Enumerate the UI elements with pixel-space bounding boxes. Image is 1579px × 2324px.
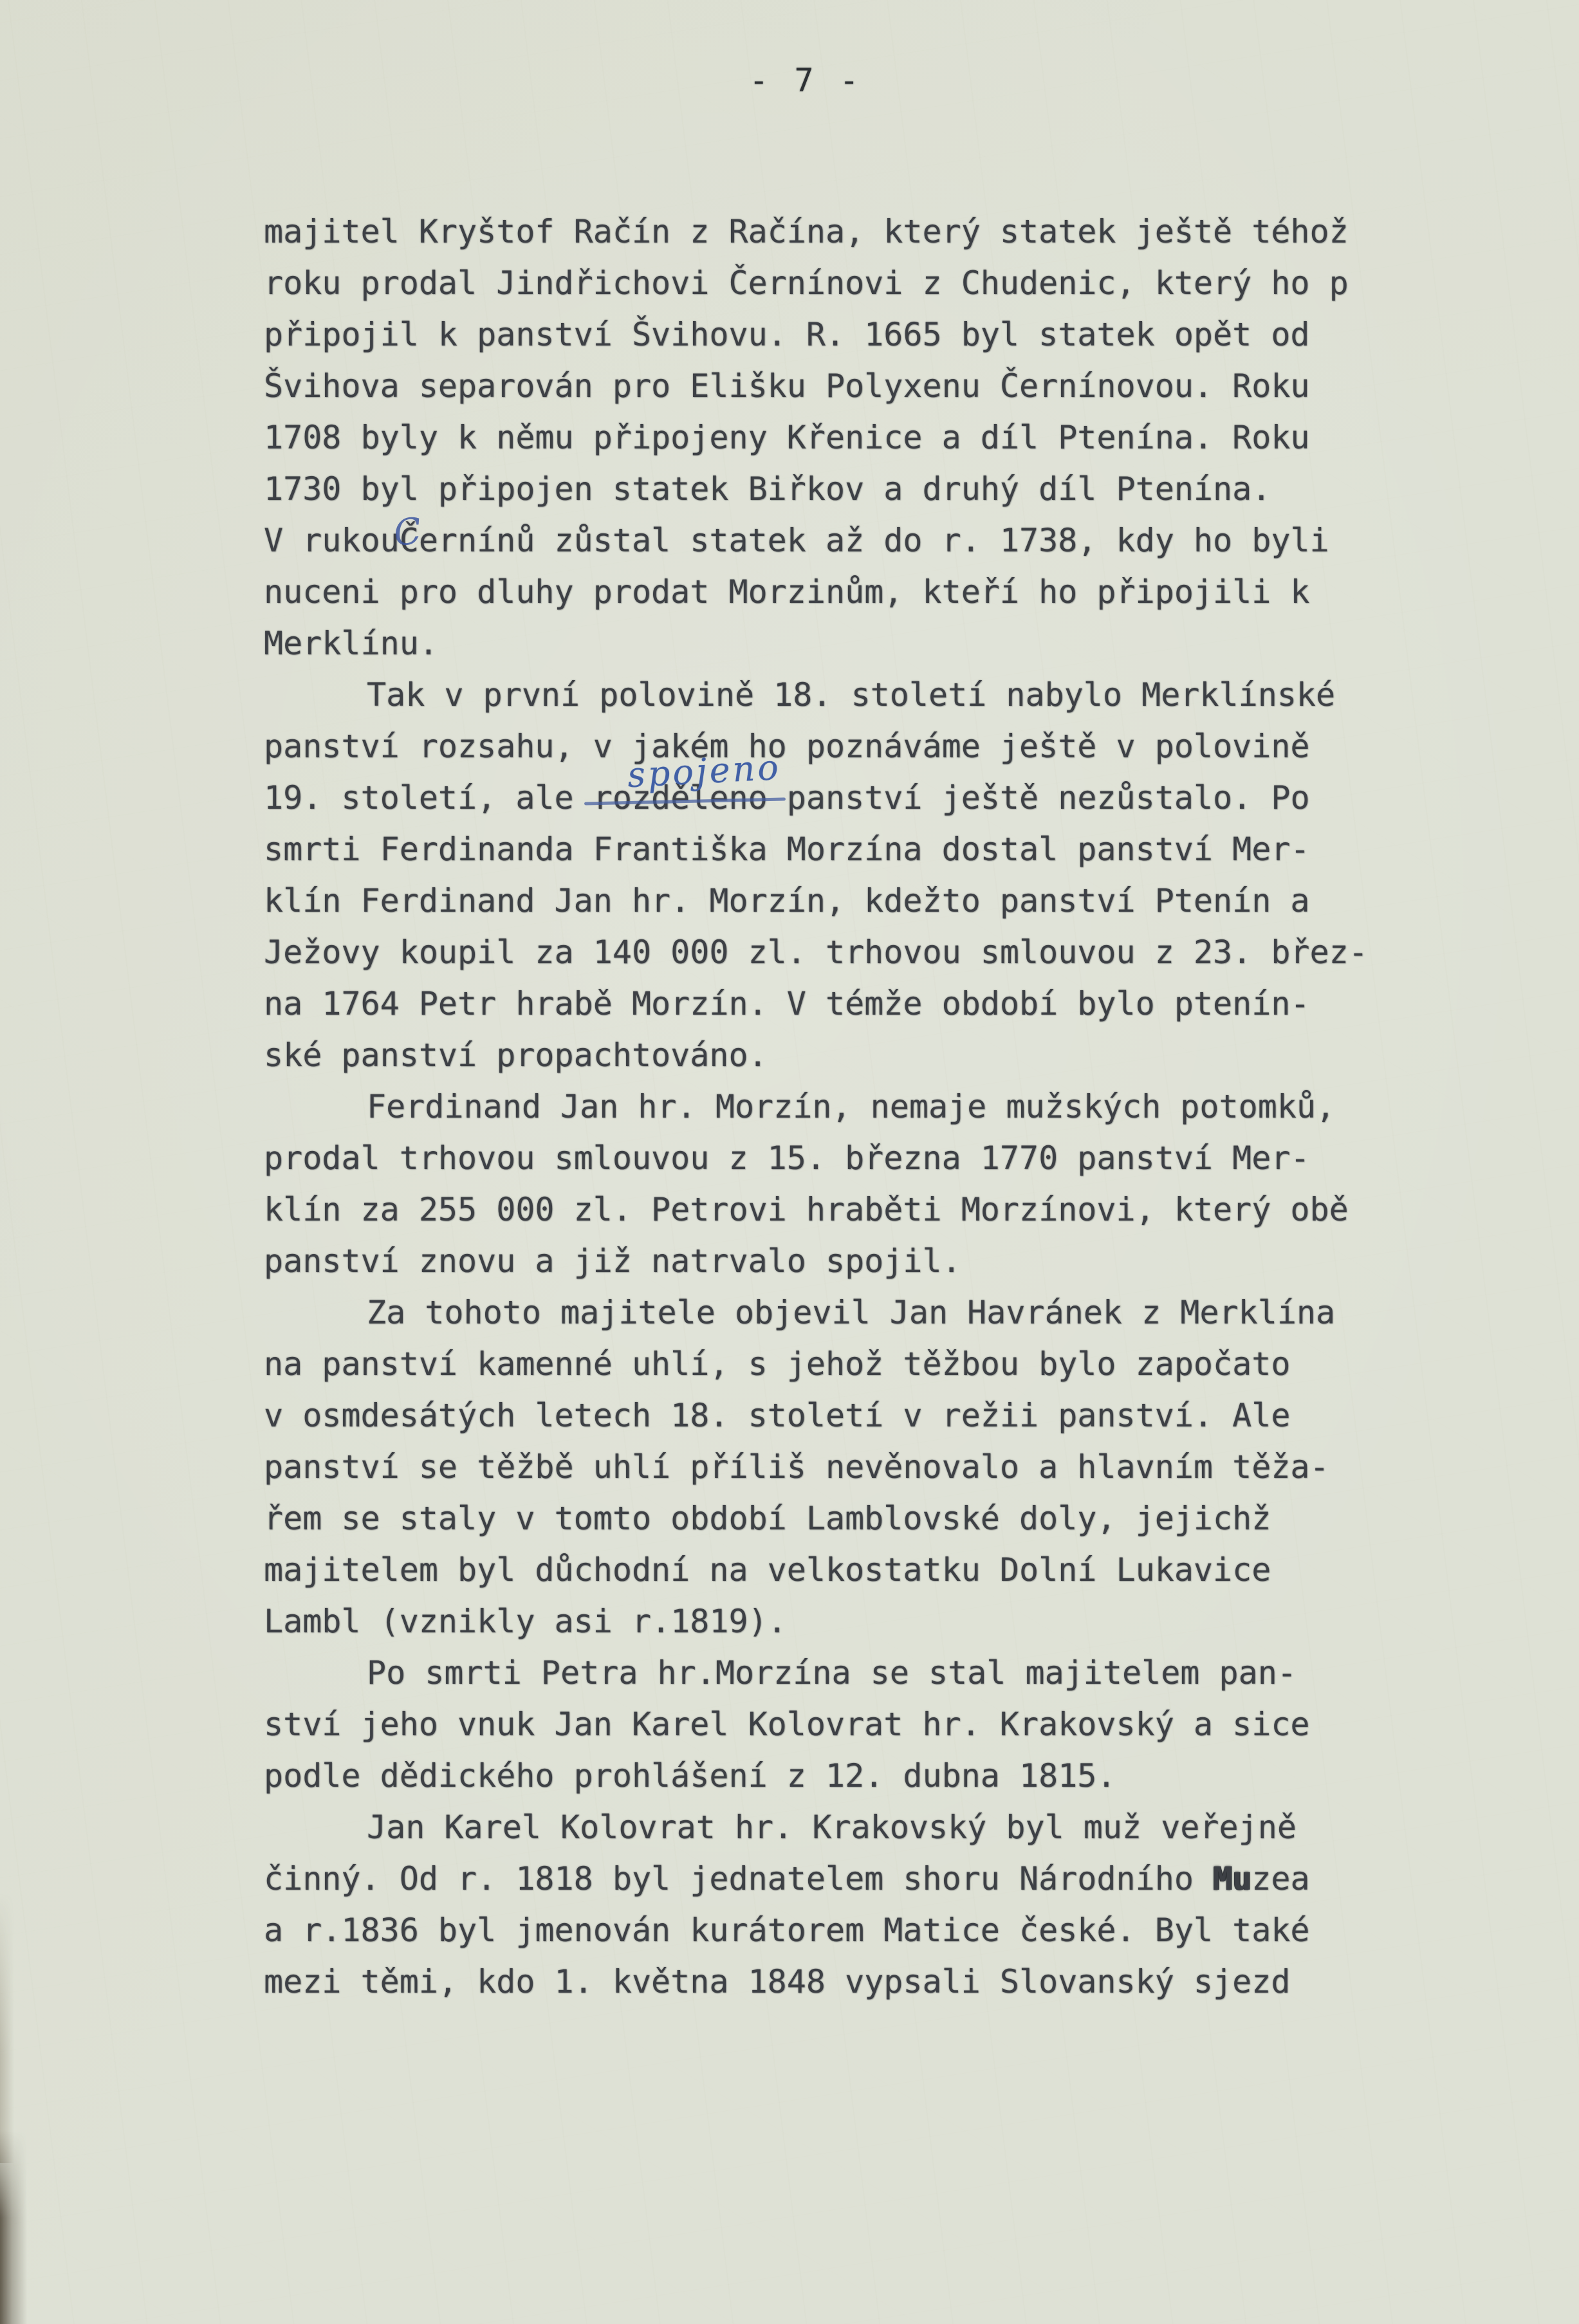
text-segment: ské panství propachtováno.: [264, 1037, 768, 1074]
text-segment: smrti Ferdinanda Františka Morzína dosta…: [264, 831, 1310, 868]
text-line: 1730 byl připojen statek Biřkov a druhý …: [264, 463, 1428, 515]
text-segment: 1708 byly k němu připojeny Křenice a díl…: [264, 419, 1310, 456]
page-number: - 7 -: [728, 64, 883, 97]
text-line: ství jeho vnuk Jan Karel Kolovrat hr. Kr…: [264, 1699, 1428, 1750]
text-segment: panství se těžbě uhlí příliš nevěnovalo …: [264, 1448, 1329, 1486]
text-line: majitel Kryštof Račín z Račína, který st…: [264, 206, 1428, 257]
text-segment: ernínů zůstal statek až do r. 1738, kdy …: [419, 522, 1329, 559]
text-line: Lambl (vznikly asi r.1819).: [264, 1596, 1428, 1647]
text-line: Za tohoto majitele objevil Jan Havránek …: [264, 1287, 1428, 1338]
text-segment: zea: [1251, 1860, 1309, 1897]
text-line: panství znovu a již natrvalo spojil.: [264, 1235, 1428, 1287]
text-line: podle dědického prohlášení z 12. dubna 1…: [264, 1750, 1428, 1802]
text-line: a r.1836 byl jmenován kurátorem Matice č…: [264, 1904, 1428, 1956]
text-segment: 19. století, ale: [264, 779, 593, 816]
text-line: řem se staly v tomto období Lamblovské d…: [264, 1493, 1428, 1544]
text-line: na panství kamenné uhlí, s jehož těžbou …: [264, 1338, 1428, 1390]
text-segment: 1730 byl připojen statek Biřkov a druhý …: [264, 470, 1271, 508]
text-segment: na 1764 Petr hrabě Morzín. V témže obdob…: [264, 985, 1310, 1022]
text-line: roku prodal Jindřichovi Černínovi z Chud…: [264, 257, 1428, 309]
text-segment: na panství kamenné uhlí, s jehož těžbou …: [264, 1345, 1290, 1383]
text-line: klín za 255 000 zl. Petrovi hraběti Morz…: [264, 1184, 1428, 1235]
text-segment: majitel Kryštof Račín z Račína, který st…: [264, 213, 1349, 250]
text-segment: činný. Od r. 1818 byl jednatelem shoru N…: [264, 1860, 1213, 1897]
page-edge-shadow-upper: [0, 1893, 14, 2163]
text-segment: nuceni pro dluhy prodat Morzinům, kteří …: [264, 573, 1310, 611]
text-segment: Lambl (vznikly asi r.1819).: [264, 1603, 787, 1640]
text-line: Po smrti Petra hr.Morzína se stal majite…: [264, 1647, 1428, 1699]
text-line: mezi těmi, kdo 1. května 1848 vypsali Sl…: [264, 1956, 1428, 2007]
text-segment: a r.1836 byl jmenován kurátorem Matice č…: [264, 1912, 1310, 1949]
text-segment-overtyped: Mu: [1213, 1860, 1251, 1897]
text-line: v osmdesátých letech 18. století v režii…: [264, 1390, 1428, 1441]
text-line: připojil k panství Švihovu. R. 1665 byl …: [264, 309, 1428, 360]
text-line: Merklínu.: [264, 618, 1428, 669]
text-segment: připojil k panství Švihovu. R. 1665 byl …: [264, 316, 1310, 353]
text-segment: ství jeho vnuk Jan Karel Kolovrat hr. Kr…: [264, 1706, 1310, 1743]
text-line: majitelem byl důchodní na velkostatku Do…: [264, 1544, 1428, 1596]
text-line: Tak v první polovině 18. století nabylo …: [264, 669, 1428, 721]
handwritten-correction: spojeno: [627, 750, 782, 793]
text-line: panství rozsahu, v jakém ho poznáváme je…: [264, 721, 1428, 772]
text-segment: panství znovu a již natrvalo spojil.: [264, 1242, 961, 1280]
text-segment: Za tohoto majitele objevil Jan Havránek …: [367, 1294, 1335, 1331]
page-edge-shadow: [0, 2131, 27, 2324]
text-segment: prodal trhovou smlouvou z 15. března 177…: [264, 1139, 1310, 1177]
text-segment: Merklínu.: [264, 625, 438, 662]
text-line: nuceni pro dluhy prodat Morzinům, kteří …: [264, 566, 1428, 618]
text-segment: mezi těmi, kdo 1. května 1848 vypsali Sl…: [264, 1963, 1290, 2000]
text-line: ské panství propachtováno.: [264, 1029, 1428, 1081]
text-segment: Po smrti Petra hr.Morzína se stal majite…: [367, 1654, 1297, 1692]
text-line: panství se těžbě uhlí příliš nevěnovalo …: [264, 1441, 1428, 1493]
text-segment: Ježovy koupil za 140 000 zl. trhovou sml…: [264, 934, 1368, 971]
text-line: klín Ferdinand Jan hr. Morzín, kdežto pa…: [264, 875, 1428, 927]
text-line: Ferdinand Jan hr. Morzín, nemaje mužskýc…: [264, 1081, 1428, 1132]
text-segment: majitelem byl důchodní na velkostatku Do…: [264, 1551, 1271, 1589]
text-segment: Švihova separován pro Elišku Polyxenu Če…: [264, 367, 1310, 405]
body-text: majitel Kryštof Račín z Račína, který st…: [264, 206, 1428, 2007]
text-segment: Ferdinand Jan hr. Morzín, nemaje mužskýc…: [367, 1088, 1335, 1125]
text-line: Jan Karel Kolovrat hr. Krakovský byl muž…: [264, 1802, 1428, 1853]
text-line: V rukouČernínů zůstal statek až do r. 17…: [264, 515, 1428, 566]
text-segment: panství ještě nezůstalo. Po: [768, 779, 1310, 816]
text-line: prodal trhovou smlouvou z 15. března 177…: [264, 1132, 1428, 1184]
text-line: Ježovy koupil za 140 000 zl. trhovou sml…: [264, 927, 1428, 978]
text-segment: řem se staly v tomto období Lamblovské d…: [264, 1500, 1271, 1537]
text-segment: klín za 255 000 zl. Petrovi hraběti Morz…: [264, 1191, 1349, 1228]
text-line: Švihova separován pro Elišku Polyxenu Če…: [264, 360, 1428, 412]
text-segment: V rukou: [264, 522, 400, 559]
text-line: 1708 byly k němu připojeny Křenice a díl…: [264, 412, 1428, 463]
text-segment: Jan Karel Kolovrat hr. Krakovský byl muž…: [367, 1809, 1297, 1846]
text-segment: roku prodal Jindřichovi Černínovi z Chud…: [264, 264, 1349, 302]
text-segment: podle dědického prohlášení z 12. dubna 1…: [264, 1757, 1116, 1794]
text-line: činný. Od r. 1818 byl jednatelem shoru N…: [264, 1853, 1428, 1904]
text-segment: klín Ferdinand Jan hr. Morzín, kdežto pa…: [264, 882, 1310, 919]
text-segment: panství rozsahu, v jakém ho poznáváme je…: [264, 728, 1310, 765]
text-line: na 1764 Petr hrabě Morzín. V témže obdob…: [264, 978, 1428, 1029]
document-page: - 7 - majitel Kryštof Račín z Račína, kt…: [0, 0, 1579, 2324]
text-line: smrti Ferdinanda Františka Morzína dosta…: [264, 824, 1428, 875]
text-segment-bluec: Č: [400, 515, 419, 566]
text-line: 19. století, ale rozděleno panství ještě…: [264, 772, 1428, 824]
text-segment: Tak v první polovině 18. století nabylo …: [367, 676, 1335, 714]
text-segment: v osmdesátých letech 18. století v režii…: [264, 1397, 1290, 1434]
